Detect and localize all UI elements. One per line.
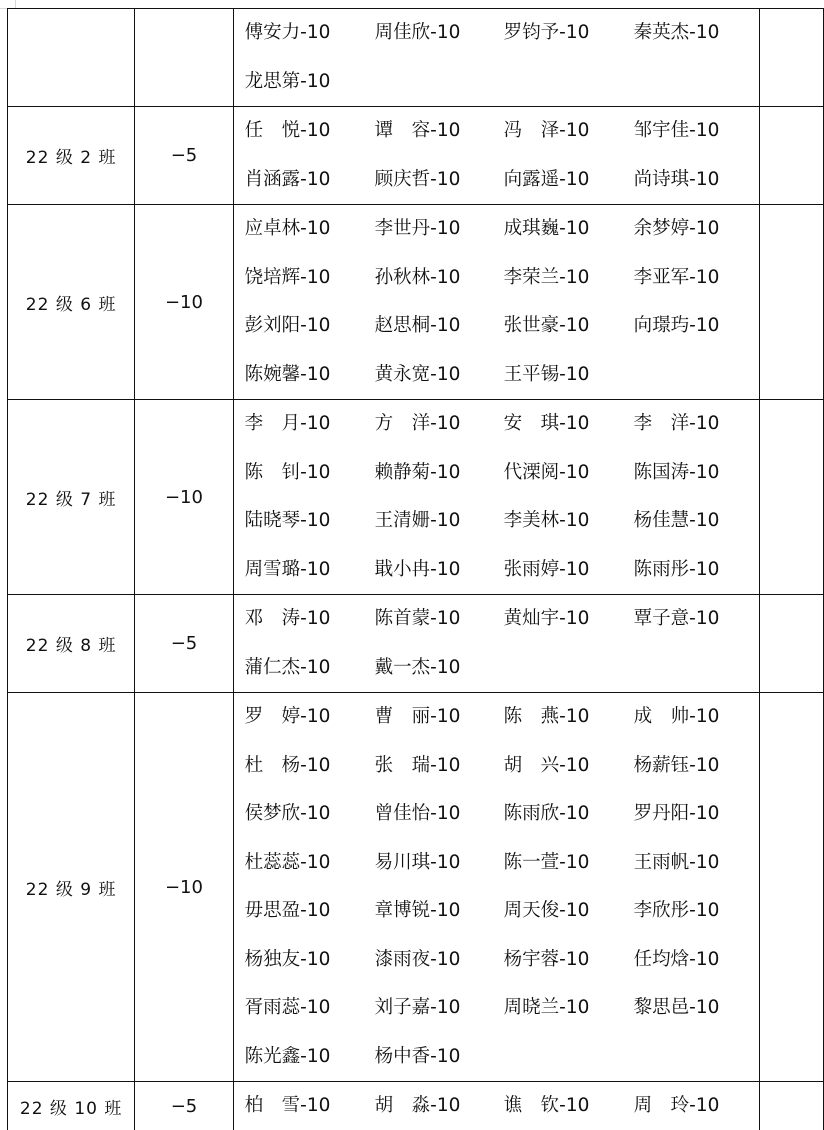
student-entry: 易川琪-10 [375,839,504,888]
student-list-cell: 邓 涛-10陈首蒙-10黄灿宇-10覃子意-10蒲仁杰-10戴一杰-10 [233,595,759,693]
table-row: 22 级 8 班 −5 邓 涛-10陈首蒙-10黄灿宇-10覃子意-10蒲仁杰-… [8,595,824,693]
student-list-cell: 应卓林-10李世丹-10成琪巍-10余梦婷-10饶培辉-10孙秋林-10李荣兰-… [233,205,759,400]
student-entry: 黄永宽-10 [375,351,504,400]
student-entry: 李 洋-10 [634,400,759,449]
student-grid: 傅安力-10周佳欣-10罗钧予-10秦英杰-10龙思第-10 [245,9,759,106]
student-list-cell: 罗 婷-10曹 丽-10陈 燕-10成 帅-10杜 杨-10张 瑞-10胡 兴-… [233,693,759,1082]
student-entry: 张世豪-10 [504,302,634,351]
student-entry: 蒲仁杰-10 [245,644,375,693]
student-entry: 顾庆哲-10 [375,156,504,205]
class-score-cell: −5 [135,1082,233,1130]
student-entry: 张 瑞-10 [375,742,504,791]
student-entry: 成 帅-10 [634,693,759,742]
remarks-cell [759,595,823,693]
student-entry: 杨薪钰-10 [634,742,759,791]
student-entry: 侯梦欣-10 [245,790,375,839]
page-guide-line [15,0,16,8]
class-score: −10 [165,487,203,508]
student-entry: 彭刘阳-10 [245,302,375,351]
student-entry: 杜蕊蕊-10 [245,839,375,888]
class-cell: 22 级 2 班 [8,107,135,205]
student-entry: 杨独友-10 [245,936,375,985]
class-cell: 22 级 8 班 [8,595,135,693]
student-entry: 王雨帆-10 [634,839,759,888]
class-label: 22 级 8 班 [26,636,117,656]
class-cell [8,9,135,107]
student-entry: 陈 钊-10 [245,449,375,498]
student-entry: 漆雨夜-10 [375,936,504,985]
student-entry: 李世丹-10 [375,205,504,254]
student-entry: 曹 丽-10 [375,693,504,742]
student-list-cell: 任 悦-10谭 容-10冯 泽-10邹宇佳-10肖涵露-10顾庆哲-10向露遥-… [233,107,759,205]
student-entry: 覃子意-10 [634,595,759,644]
remarks-cell [759,205,823,400]
student-entry: 肖涵露-10 [245,156,375,205]
student-entry: 刘子嘉-10 [375,984,504,1033]
student-entry: 邓 涛-10 [245,595,375,644]
student-entry: 胡 淼-10 [375,1082,504,1130]
class-cell: 22 级 9 班 [8,693,135,1082]
class-label: 22 级 2 班 [26,148,117,168]
student-entry: 胡 兴-10 [504,742,634,791]
student-entry: 陈光鑫-10 [245,1033,375,1082]
student-entry: 李亚军-10 [634,254,759,303]
student-entry: 李欣彤-10 [634,887,759,936]
student-entry: 陈婉馨-10 [245,351,375,400]
student-entry: 戴一杰-10 [375,644,504,693]
student-list-cell: 李 月-10方 洋-10安 琪-10李 洋-10陈 钊-10赖静菊-10代溧阅-… [233,400,759,595]
student-grid: 任 悦-10谭 容-10冯 泽-10邹宇佳-10肖涵露-10顾庆哲-10向露遥-… [245,107,759,204]
student-entry: 龙思第-10 [245,58,375,107]
student-entry: 冯 泽-10 [504,107,634,156]
student-list-cell: 柏 雪-10胡 淼-10谯 钦-10周 玲-10 [233,1082,759,1130]
student-entry: 陆晓琴-10 [245,497,375,546]
student-entry: 任均焓-10 [634,936,759,985]
student-entry: 李 月-10 [245,400,375,449]
student-entry: 代溧阅-10 [504,449,634,498]
class-cell: 22 级 10 班 [8,1082,135,1130]
student-entry: 赵思桐-10 [375,302,504,351]
deduction-table: 傅安力-10周佳欣-10罗钧予-10秦英杰-10龙思第-10 22 级 2 班 … [7,8,824,1130]
class-score-cell: −10 [135,693,233,1082]
student-entry: 陈雨彤-10 [634,546,759,595]
student-entry: 张雨婷-10 [504,546,634,595]
student-entry: 章博锐-10 [375,887,504,936]
student-grid: 邓 涛-10陈首蒙-10黄灿宇-10覃子意-10蒲仁杰-10戴一杰-10 [245,595,759,692]
student-entry: 周天俊-10 [504,887,634,936]
student-grid: 柏 雪-10胡 淼-10谯 钦-10周 玲-10 [245,1082,759,1130]
class-score-cell: −10 [135,400,233,595]
class-label: 22 级 9 班 [26,880,117,900]
student-grid: 应卓林-10李世丹-10成琪巍-10余梦婷-10饶培辉-10孙秋林-10李荣兰-… [245,205,759,399]
class-score-cell: −5 [135,595,233,693]
student-entry: 陈雨欣-10 [504,790,634,839]
class-label: 22 级 7 班 [26,490,117,510]
student-entry: 陈国涛-10 [634,449,759,498]
student-entry: 饶培辉-10 [245,254,375,303]
remarks-cell [759,400,823,595]
student-entry: 李荣兰-10 [504,254,634,303]
class-label: 22 级 6 班 [26,295,117,315]
table-row: 22 级 9 班 −10 罗 婷-10曹 丽-10陈 燕-10成 帅-10杜 杨… [8,693,824,1082]
page-guide-line [0,8,7,9]
class-cell: 22 级 6 班 [8,205,135,400]
student-entry: 周晓兰-10 [504,984,634,1033]
class-score: −10 [165,292,203,313]
class-score: −10 [165,877,203,898]
student-entry: 李美林-10 [504,497,634,546]
table-row: 22 级 7 班 −10 李 月-10方 洋-10安 琪-10李 洋-10陈 钊… [8,400,824,595]
student-entry: 秦英杰-10 [634,9,759,58]
student-entry: 周 玲-10 [634,1082,759,1130]
student-entry: 陈 燕-10 [504,693,634,742]
student-entry: 杨佳慧-10 [634,497,759,546]
class-score-cell: −10 [135,205,233,400]
remarks-cell [759,1082,823,1130]
student-entry: 陈首蒙-10 [375,595,504,644]
student-entry: 曾佳怡-10 [375,790,504,839]
student-entry: 尚诗琪-10 [634,156,759,205]
student-entry: 孙秋林-10 [375,254,504,303]
class-score: −5 [171,145,198,166]
class-label: 22 级 10 班 [20,1099,122,1119]
student-entry: 罗钧予-10 [504,9,634,58]
table-row: 傅安力-10周佳欣-10罗钧予-10秦英杰-10龙思第-10 [8,9,824,107]
remarks-cell [759,107,823,205]
class-score: −5 [171,1096,198,1117]
student-entry: 黎思邑-10 [634,984,759,1033]
student-entry: 周雪璐-10 [245,546,375,595]
student-list-cell: 傅安力-10周佳欣-10罗钧予-10秦英杰-10龙思第-10 [233,9,759,107]
student-entry: 王平锡-10 [504,351,634,400]
student-grid: 罗 婷-10曹 丽-10陈 燕-10成 帅-10杜 杨-10张 瑞-10胡 兴-… [245,693,759,1081]
student-entry: 成琪巍-10 [504,205,634,254]
student-entry: 向露遥-10 [504,156,634,205]
student-entry: 王清姗-10 [375,497,504,546]
table-row: 22 级 6 班 −10 应卓林-10李世丹-10成琪巍-10余梦婷-10饶培辉… [8,205,824,400]
student-entry: 杜 杨-10 [245,742,375,791]
class-score-cell [135,9,233,107]
student-entry: 罗 婷-10 [245,693,375,742]
student-entry: 向璟玙-10 [634,302,759,351]
remarks-cell [759,693,823,1082]
student-entry: 胥雨蕊-10 [245,984,375,1033]
student-entry: 谯 钦-10 [504,1082,634,1130]
class-cell: 22 级 7 班 [8,400,135,595]
table-row: 22 级 2 班 −5 任 悦-10谭 容-10冯 泽-10邹宇佳-10肖涵露-… [8,107,824,205]
student-entry: 安 琪-10 [504,400,634,449]
student-entry: 余梦婷-10 [634,205,759,254]
student-entry: 方 洋-10 [375,400,504,449]
student-entry: 杨宇蓉-10 [504,936,634,985]
class-score: −5 [171,633,198,654]
remarks-cell [759,9,823,107]
student-entry: 赖静菊-10 [375,449,504,498]
student-entry: 陈一萱-10 [504,839,634,888]
student-entry: 毋思盈-10 [245,887,375,936]
student-grid: 李 月-10方 洋-10安 琪-10李 洋-10陈 钊-10赖静菊-10代溧阅-… [245,400,759,594]
student-entry: 戢小冉-10 [375,546,504,595]
student-entry: 邹宇佳-10 [634,107,759,156]
student-entry: 傅安力-10 [245,9,375,58]
student-entry: 周佳欣-10 [375,9,504,58]
student-entry: 黄灿宇-10 [504,595,634,644]
student-entry: 任 悦-10 [245,107,375,156]
student-entry: 应卓林-10 [245,205,375,254]
student-entry: 柏 雪-10 [245,1082,375,1130]
student-entry: 罗丹阳-10 [634,790,759,839]
student-entry: 杨中香-10 [375,1033,504,1082]
class-score-cell: −5 [135,107,233,205]
student-entry: 谭 容-10 [375,107,504,156]
table-row: 22 级 10 班 −5 柏 雪-10胡 淼-10谯 钦-10周 玲-10 [8,1082,824,1130]
